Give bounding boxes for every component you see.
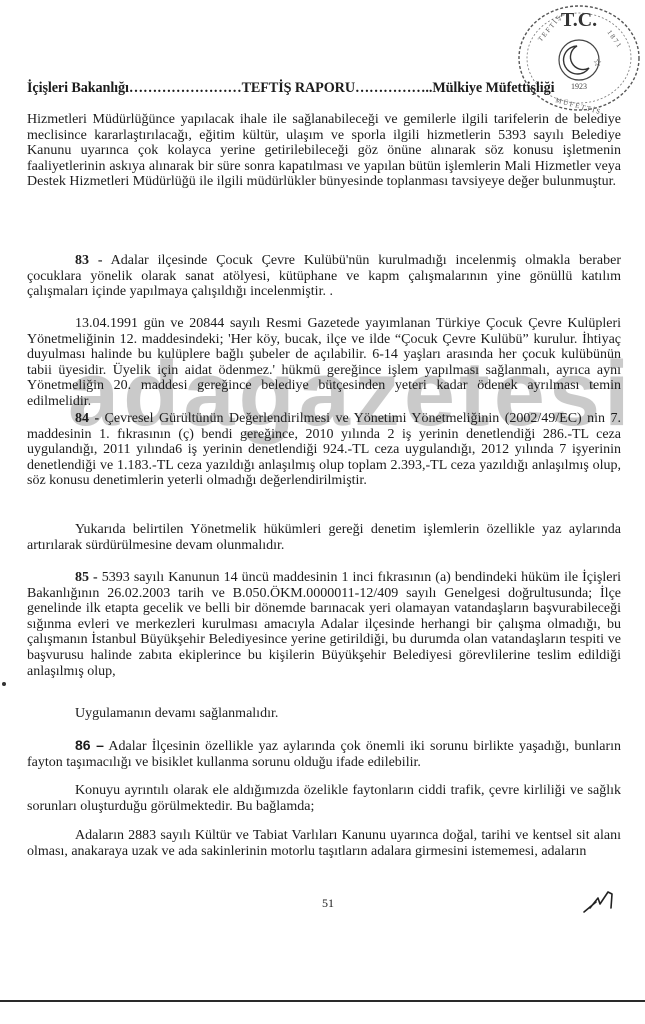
section-85: 85 - 5393 sayılı Kanunun 14 üncü maddesi…: [27, 570, 621, 679]
signature-icon: [582, 886, 622, 916]
section-85-recommendation: Uygulamanın devamı sağlanmalıdır.: [27, 706, 621, 722]
paragraph-text: Konuyu ayrıntılı olarak ele aldığımızda …: [27, 783, 621, 814]
svg-text:T.C.: T.C.: [561, 9, 597, 31]
report-header: İçişleri Bakanlığı……………………TEFTİŞ RAPORU……: [27, 80, 554, 97]
paragraph-continuation: Hizmetleri Müdürlüğünce yapılacak ihale …: [27, 112, 621, 190]
paragraph-text: Yukarıda belirtilen Yönetmelik hükümleri…: [27, 522, 621, 553]
section-number: 86 –: [75, 737, 104, 753]
paragraph-text: 13.04.1991 gün ve 20844 sayılı Resmi Gaz…: [27, 316, 621, 410]
header-inspectorate: Mülkiye Müfettişliği: [432, 80, 554, 96]
section-84: 84 - Çevresel Gürültünün Değerlendirilme…: [27, 411, 621, 489]
section-number: 85 -: [75, 570, 98, 585]
section-86-continued: Adaların 2883 sayılı Kültür ve Tabiat Va…: [27, 828, 621, 859]
section-86-detail: Konuyu ayrıntılı olarak ele aldığımızda …: [27, 783, 621, 814]
document-page: adagazetesi T.C. 1923 ☆ T E F T İ Ş 1 8 …: [0, 0, 645, 1024]
svg-text:☆: ☆: [593, 58, 602, 69]
paragraph-text: Çevresel Gürültünün Değerlendirilmesi ve…: [27, 411, 621, 488]
paragraph-text: Adaların 2883 sayılı Kültür ve Tabiat Va…: [27, 828, 621, 859]
paragraph-text: Uygulamanın devamı sağlanmalıdır.: [27, 706, 621, 722]
page-bottom-edge: [0, 1000, 645, 1002]
svg-text:1923: 1923: [571, 82, 587, 91]
official-seal-icon: T.C. 1923 ☆ T E F T İ Ş 1 8 7 1 M Ü F E …: [515, 2, 643, 114]
svg-text:1 8 7 1: 1 8 7 1: [605, 29, 623, 50]
paragraph-text: Hizmetleri Müdürlüğünce yapılacak ihale …: [27, 112, 621, 190]
section-number: 83 -: [75, 253, 103, 268]
header-dots: ……………………: [129, 80, 242, 96]
section-83: 83 - Adalar ilçesinde Çocuk Çevre Kulübü…: [27, 253, 621, 300]
page-number: 51: [322, 896, 334, 911]
section-83-detail: 13.04.1991 gün ve 20844 sayılı Resmi Gaz…: [27, 316, 621, 410]
paragraph-text: Adalar İlçesinin özellikle yaz aylarında…: [27, 739, 621, 770]
section-84-recommendation: Yukarıda belirtilen Yönetmelik hükümleri…: [27, 522, 621, 553]
paragraph-text: 5393 sayılı Kanunun 14 üncü maddesinin 1…: [27, 570, 621, 679]
header-dots: ……………..: [355, 80, 432, 96]
paragraph-text: Adalar ilçesinde Çocuk Çevre Kulübü'nün …: [27, 253, 621, 299]
section-86: 86 – Adalar İlçesinin özellikle yaz ayla…: [27, 738, 621, 770]
section-number: 84 -: [75, 411, 99, 426]
scan-mark: [2, 682, 6, 686]
header-report-title: TEFTİŞ RAPORU: [242, 80, 355, 96]
header-ministry: İçişleri Bakanlığı: [27, 80, 129, 96]
